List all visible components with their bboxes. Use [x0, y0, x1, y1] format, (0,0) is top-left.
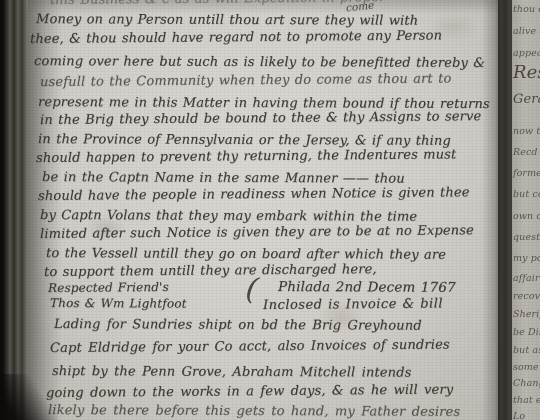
manuscript-fragment: affair of Ja: [513, 273, 540, 284]
manuscript-fragment: thou cash hear: [513, 4, 540, 15]
manuscript-fragment-signature: Respected: [513, 62, 540, 83]
page-edge-shadow: [28, 0, 62, 420]
manuscript-fragment: my power, d: [513, 253, 540, 264]
postscript-line: likely be there before this gets to hand…: [48, 404, 460, 419]
page-gutter-shadow: [495, 0, 513, 420]
dateline: Philada 2nd Decem 1767: [278, 281, 456, 295]
manuscript-line: should happen to prevent thy returning, …: [36, 148, 456, 165]
enclosure-line: Inclosed is Invoice & bill: [263, 297, 443, 312]
manuscript-fragment: quest, but he: [513, 232, 540, 243]
manuscript-fragment-signature: Gerard & A: [513, 92, 540, 107]
postscript-line: Capt Eldridge for your Co acct, also Inv…: [50, 339, 450, 355]
salutation-line-2: Thos & Wm Lightfoot: [50, 297, 187, 310]
manuscript-line: thee, & thou should have regard not to p…: [30, 29, 442, 46]
postscript-line: Lading for Sundries shipt on bd the Brig…: [54, 318, 422, 333]
manuscript-fragment: be Discharge: [513, 327, 540, 338]
manuscript-line: in the Province of Pennsylvania or the J…: [38, 133, 451, 148]
manuscript-fragment: recover a Bill: [513, 291, 540, 302]
manuscript-line: limited after such Notice is given they …: [40, 224, 474, 241]
manuscript-fragment: some as it wa: [513, 362, 540, 373]
manuscript-line: coming over here but such as is likely t…: [34, 55, 485, 70]
right-page: thou cash hear alive & the appears occas…: [512, 0, 540, 420]
page-corner-shadow: [0, 374, 58, 420]
manuscript-line: by Captn Volans that they may embark wit…: [40, 209, 417, 224]
manuscript-line: should have the people in readiness when…: [38, 186, 470, 203]
manuscript-line: Money on any Person untill thou art sure…: [36, 13, 418, 28]
manuscript-fragment: Lo: [513, 411, 525, 420]
manuscript-fragment: appears occasi: [513, 48, 540, 59]
manuscript-scan: this Business & c as as will Expedition …: [0, 0, 540, 420]
manuscript-fragment: that enclose th: [513, 395, 540, 406]
manuscript-line: be in the Captn Name in the same Manner …: [42, 171, 405, 186]
manuscript-line: in the Brig they should be bound to thee…: [40, 110, 481, 127]
manuscript-fragment: Change of that: [513, 378, 540, 389]
manuscript-fragment: Sheriffs Officer: [513, 309, 540, 320]
manuscript-fragment: now to hand a: [513, 126, 540, 137]
manuscript-line: to support them untill they are discharg…: [44, 263, 377, 279]
salutation-line-1: Respected Friend's: [48, 281, 169, 294]
manuscript-fragment: own concerns: [513, 211, 540, 222]
manuscript-line: usefull to the Community when they do co…: [40, 72, 452, 89]
manuscript-fragment: but could not: [513, 189, 540, 200]
manuscript-fragment: but as the fa: [513, 345, 540, 356]
manuscript-fragment: former Letter: [513, 168, 540, 179]
postscript-line: shipt by the Penn Grove, Abraham Mitchel…: [52, 365, 412, 380]
page-top-shadow: [28, 0, 498, 14]
manuscript-line: to the Vessell untill they go on board a…: [46, 247, 446, 262]
manuscript-fragment: alive & the: [513, 26, 540, 37]
postscript-line: going down to the works in a few days, &…: [46, 383, 453, 400]
manuscript-fragment: Recd as it ha: [513, 147, 540, 158]
left-page: this Business & c as as will Expedition …: [28, 0, 498, 420]
